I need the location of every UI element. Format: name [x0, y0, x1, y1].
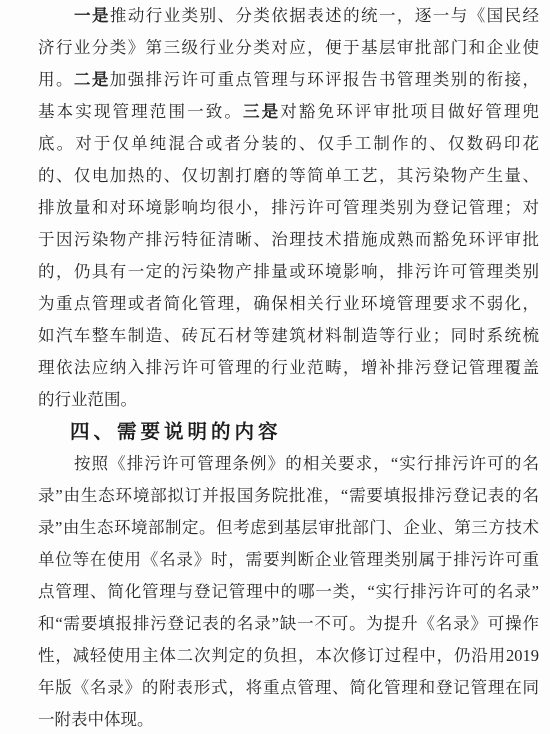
- text-line: 为重点管理或者简化管理，确保相关行业环境管理要求不弱化，: [38, 288, 539, 320]
- text-line: 性，减轻使用主体二次判定的负担，本次修订过程中，仍沿用2019: [38, 640, 539, 672]
- document-text-block: 一是推动行业类别、分类依据表述的统一，逐一与《国民经济行业分类》第三级行业分类对…: [38, 0, 539, 734]
- text-line: 一是推动行业类别、分类依据表述的统一，逐一与《国民经: [38, 0, 539, 32]
- body-text: 加强排污许可重点管理与环评报告书管理类别的衔接，: [110, 70, 539, 89]
- body-text: 推动行业类别、分类依据表述的统一，逐一与《国民经: [110, 6, 539, 25]
- body-text: 对豁免环评审批项目做好管理兜: [280, 102, 539, 121]
- body-text: 按照《排污许可管理条例》的相关要求，“实行排污许可的名: [74, 454, 539, 473]
- text-line: 录”由生态环境部拟订并报国务院批准，“需要填报排污登记表的名: [38, 480, 539, 512]
- text-line: 底。对于仅单纯混合或者分装的、仅手工制作的、仅数码印花: [38, 128, 539, 160]
- text-line: 于因污染物产排污特征清晰、治理技术措施成熟而豁免环评审批: [38, 224, 539, 256]
- body-text: 为重点管理或者简化管理，确保相关行业环境管理要求不弱化，: [38, 294, 539, 313]
- text-line: 济行业分类》第三级行业分类对应，便于基层审批部门和企业使: [38, 32, 539, 64]
- body-text: 用。: [38, 70, 74, 89]
- body-text: 济行业分类》第三级行业分类对应，便于基层审批部门和企业使: [38, 38, 539, 57]
- text-line: 的行业范围。: [38, 384, 539, 416]
- body-text: 如汽车整车制造、砖瓦石材等建筑材料制造等行业；同时系统梳: [38, 326, 539, 345]
- body-text: 和“需要填报排污登记表的名录”缺一不可。为提升《名录》可操作: [38, 614, 539, 633]
- body-text: 排放量和对环境影响均很小，排污许可管理类别为登记管理；对: [38, 198, 539, 217]
- document-page: 一是推动行业类别、分类依据表述的统一，逐一与《国民经济行业分类》第三级行业分类对…: [0, 0, 550, 734]
- body-text: 年版《名录》的附表形式，将重点管理、简化管理和登记管理在同: [38, 678, 539, 697]
- text-line: 理依法应纳入排污许可管理的行业范畴，增补排污登记管理覆盖: [38, 352, 539, 384]
- body-text: 底。对于仅单纯混合或者分装的、仅手工制作的、仅数码印花: [38, 134, 539, 153]
- body-text: 单位等在使用《名录》时，需要判断企业管理类别属于排污许可重: [38, 550, 539, 569]
- text-line: 排放量和对环境影响均很小，排污许可管理类别为登记管理；对: [38, 192, 539, 224]
- text-line: 按照《排污许可管理条例》的相关要求，“实行排污许可的名: [38, 448, 539, 480]
- body-text: 录”由生态环境部制定。但考虑到基层审批部门、企业、第三方技术: [38, 518, 539, 537]
- emphasis-text: 三是: [243, 103, 280, 121]
- emphasis-text: 一是: [74, 7, 110, 25]
- section-heading: 四、需要说明的内容: [38, 416, 539, 448]
- text-line: 的、仅电加热的、仅切割打磨的等简单工艺，其污染物产生量、: [38, 160, 539, 192]
- body-text: 点管理、简化管理与登记管理中的哪一类，“实行排污许可的名录”: [38, 582, 539, 601]
- body-text: 理依法应纳入排污许可管理的行业范畴，增补排污登记管理覆盖: [38, 358, 539, 377]
- body-text: 的，仍具有一定的污染物产排量或环境影响，排污许可管理类别: [38, 262, 539, 281]
- emphasis-text: 四、需要说明的内容: [70, 421, 282, 443]
- body-text: 的、仅电加热的、仅切割打磨的等简单工艺，其污染物产生量、: [38, 166, 539, 185]
- text-line: 年版《名录》的附表形式，将重点管理、简化管理和登记管理在同: [38, 672, 539, 704]
- text-line: 单位等在使用《名录》时，需要判断企业管理类别属于排污许可重: [38, 544, 539, 576]
- body-text: 录”由生态环境部拟订并报国务院批准，“需要填报排污登记表的名: [38, 486, 539, 505]
- body-text: 性，减轻使用主体二次判定的负担，本次修订过程中，仍沿用2019: [38, 646, 539, 665]
- text-line: 的，仍具有一定的污染物产排量或环境影响，排污许可管理类别: [38, 256, 539, 288]
- body-text: 基本实现管理范围一致。: [38, 102, 243, 121]
- text-line: 用。二是加强排污许可重点管理与环评报告书管理类别的衔接，: [38, 64, 539, 96]
- emphasis-text: 二是: [74, 71, 110, 89]
- text-line: 一附表中体现。: [38, 704, 539, 734]
- text-line: 录”由生态环境部制定。但考虑到基层审批部门、企业、第三方技术: [38, 512, 539, 544]
- body-text: 于因污染物产排污特征清晰、治理技术措施成熟而豁免环评审批: [38, 230, 539, 249]
- body-text: 一附表中体现。: [38, 710, 154, 729]
- text-line: 如汽车整车制造、砖瓦石材等建筑材料制造等行业；同时系统梳: [38, 320, 539, 352]
- body-text: 的行业范围。: [38, 390, 137, 409]
- text-line: 基本实现管理范围一致。三是对豁免环评审批项目做好管理兜: [38, 96, 539, 128]
- text-line: 和“需要填报排污登记表的名录”缺一不可。为提升《名录》可操作: [38, 608, 539, 640]
- text-line: 点管理、简化管理与登记管理中的哪一类，“实行排污许可的名录”: [38, 576, 539, 608]
